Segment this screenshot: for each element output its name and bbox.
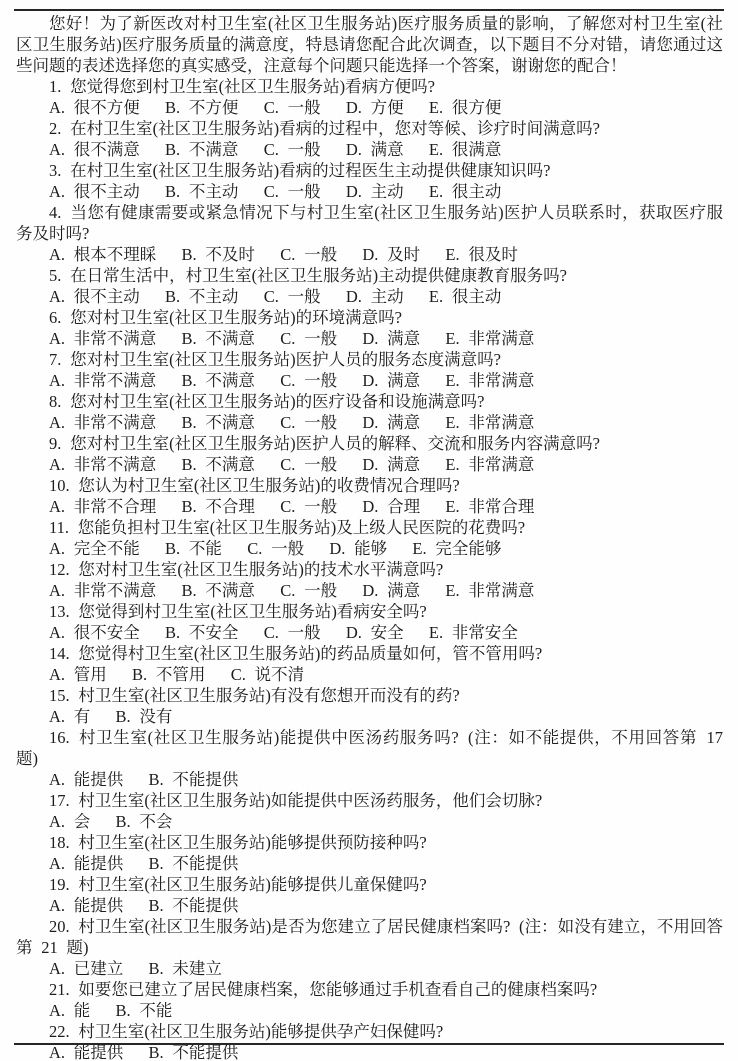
option-item: B. 不合理 — [182, 497, 255, 516]
question-options: A. 管用 B. 不管用 C. 说不清 — [16, 664, 723, 685]
question-number: 8. — [49, 392, 61, 411]
question-number: 22. — [49, 1022, 70, 1041]
option-item: C. 一般 — [280, 581, 337, 600]
question-text: 7. 您对村卫生室(社区卫生服务站)医护人员的服务态度满意吗? — [16, 349, 723, 370]
question-options: A. 非常不满意 B. 不满意 C. 一般 D. 满意 E. 非常满意 — [16, 370, 723, 391]
option-item: D. 及时 — [362, 245, 420, 264]
question-text: 10. 您认为村卫生室(社区卫生服务站)的收费情况合理吗? — [16, 475, 723, 496]
option-item: A. 能提供 — [49, 1043, 123, 1061]
option-item: E. 很方便 — [429, 98, 501, 117]
option-item: B. 不及时 — [182, 245, 255, 264]
question-number: 2. — [49, 119, 61, 138]
option-item: E. 完全能够 — [412, 539, 501, 558]
question-options: A. 很不安全 B. 不安全 C. 一般 D. 安全 E. 非常安全 — [16, 622, 723, 643]
option-item: A. 能提供 — [49, 854, 123, 873]
option-item: B. 不能提供 — [149, 854, 239, 873]
option-item: E. 很及时 — [445, 245, 517, 264]
question-body: 您认为村卫生室(社区卫生服务站)的收费情况合理吗? — [78, 476, 459, 495]
question-number: 18. — [49, 833, 70, 852]
question-number: 9. — [49, 434, 61, 453]
question-options: A. 很不主动 B. 不主动 C. 一般 D. 主动 E. 很主动 — [16, 286, 723, 307]
question-number: 19. — [49, 875, 70, 894]
option-item: B. 不满意 — [182, 455, 255, 474]
option-item: B. 不主动 — [165, 182, 238, 201]
document-content: 您好！为了新医改对村卫生室(社区卫生服务站)医疗服务质量的影响，了解您对村卫生室… — [16, 13, 723, 1061]
option-item: B. 不管用 — [132, 665, 205, 684]
option-item: E. 很满意 — [429, 140, 501, 159]
option-item: E. 非常满意 — [445, 371, 534, 390]
intro-paragraph: 您好！为了新医改对村卫生室(社区卫生服务站)医疗服务质量的影响，了解您对村卫生室… — [16, 13, 723, 76]
option-item: A. 很不主动 — [49, 182, 140, 201]
question-options: A. 非常不满意 B. 不满意 C. 一般 D. 满意 E. 非常满意 — [16, 412, 723, 433]
question-text: 16. 村卫生室(社区卫生服务站)能提供中医汤药服务吗? (注：如不能提供，不用… — [16, 727, 723, 769]
option-item: B. 不满意 — [182, 371, 255, 390]
option-item: D. 主动 — [346, 182, 404, 201]
question-body: 在村卫生室(社区卫生服务站)看病的过程中，您对等候、诊疗时间满意吗? — [70, 119, 600, 138]
question-body: 村卫生室(社区卫生服务站)如能提供中医汤药服务，他们会切脉? — [78, 791, 542, 810]
option-item: B. 不能提供 — [149, 1043, 239, 1061]
question-body: 村卫生室(社区卫生服务站)能提供中医汤药服务吗? (注：如不能提供，不用回答第 … — [16, 728, 723, 768]
question-number: 1. — [49, 77, 61, 96]
question-number: 5. — [49, 266, 61, 285]
option-item: B. 不满意 — [182, 329, 255, 348]
question-text: 11. 您能负担村卫生室(社区卫生服务站)及上级人民医院的花费吗? — [16, 517, 723, 538]
question-text: 18. 村卫生室(社区卫生服务站)能够提供预防接种吗? — [16, 832, 723, 853]
option-item: A. 能 — [49, 1001, 90, 1020]
question-text: 12. 您对村卫生室(社区卫生服务站)的技术水平满意吗? — [16, 559, 723, 580]
option-item: D. 能够 — [329, 539, 387, 558]
question-body: 在日常生活中，村卫生室(社区卫生服务站)主动提供健康教育服务吗? — [70, 266, 567, 285]
option-item: C. 一般 — [280, 413, 337, 432]
question-number: 13. — [49, 602, 70, 621]
question-text: 5. 在日常生活中，村卫生室(社区卫生服务站)主动提供健康教育服务吗? — [16, 265, 723, 286]
question-text: 3. 在村卫生室(社区卫生服务站)看病的过程医生主动提供健康知识吗? — [16, 160, 723, 181]
question-options: A. 非常不满意 B. 不满意 C. 一般 D. 满意 E. 非常满意 — [16, 328, 723, 349]
question-body: 村卫生室(社区卫生服务站)有没有您想开而没有的药? — [78, 686, 459, 705]
option-item: D. 满意 — [362, 455, 420, 474]
option-item: C. 一般 — [280, 455, 337, 474]
option-item: B. 未建立 — [149, 959, 222, 978]
option-item: B. 不能 — [116, 1001, 173, 1020]
option-item: B. 不满意 — [182, 413, 255, 432]
top-border-rule — [14, 9, 724, 11]
option-item: A. 非常不满意 — [49, 455, 156, 474]
option-item: E. 很主动 — [429, 182, 501, 201]
question-body: 您对村卫生室(社区卫生服务站)的环境满意吗? — [70, 308, 402, 327]
question-number: 15. — [49, 686, 70, 705]
option-item: A. 会 — [49, 812, 90, 831]
question-number: 16. — [49, 728, 70, 747]
option-item: C. 一般 — [247, 539, 304, 558]
question-text: 14. 您觉得村卫生室(社区卫生服务站)的药品质量如何，管不管用吗? — [16, 643, 723, 664]
option-item: D. 满意 — [362, 581, 420, 600]
option-item: C. 一般 — [264, 182, 321, 201]
question-body: 您对村卫生室(社区卫生服务站)的医疗设备和设施满意吗? — [70, 392, 484, 411]
bottom-border-rule — [14, 1043, 724, 1045]
question-text: 15. 村卫生室(社区卫生服务站)有没有您想开而没有的药? — [16, 685, 723, 706]
question-body: 在村卫生室(社区卫生服务站)看病的过程医生主动提供健康知识吗? — [70, 161, 550, 180]
option-item: A. 很不满意 — [49, 140, 140, 159]
question-body: 您觉得到村卫生室(社区卫生服务站)看病安全吗? — [78, 602, 426, 621]
option-item: D. 方便 — [346, 98, 404, 117]
option-item: C. 一般 — [264, 287, 321, 306]
option-item: A. 很不主动 — [49, 287, 140, 306]
option-item: E. 非常满意 — [445, 413, 534, 432]
question-options: A. 能提供 B. 不能提供 — [16, 895, 723, 916]
question-number: 7. — [49, 350, 61, 369]
option-item: C. 一般 — [264, 98, 321, 117]
option-item: C. 一般 — [280, 245, 337, 264]
question-body: 您对村卫生室(社区卫生服务站)医护人员的解释、交流和服务内容满意吗? — [70, 434, 600, 453]
question-text: 20. 村卫生室(社区卫生服务站)是否为您建立了居民健康档案吗? (注：如没有建… — [16, 916, 723, 958]
question-number: 3. — [49, 161, 61, 180]
question-body: 您觉得您到村卫生室(社区卫生服务站)看病方便吗? — [70, 77, 435, 96]
option-item: C. 一般 — [280, 497, 337, 516]
option-item: D. 满意 — [346, 140, 404, 159]
question-number: 12. — [49, 560, 70, 579]
option-item: A. 非常不满意 — [49, 413, 156, 432]
option-item: B. 不会 — [116, 812, 173, 831]
question-options: A. 非常不合理 B. 不合理 C. 一般 D. 合理 E. 非常合理 — [16, 496, 723, 517]
option-item: B. 不满意 — [182, 581, 255, 600]
option-item: E. 非常满意 — [445, 455, 534, 474]
question-list: 1. 您觉得您到村卫生室(社区卫生服务站)看病方便吗?A. 很不方便 B. 不方… — [16, 76, 723, 1061]
option-item: B. 不能提供 — [149, 896, 239, 915]
option-item: A. 有 — [49, 707, 90, 726]
question-text: 21. 如要您已建立了居民健康档案，您能够通过手机查看自己的健康档案吗? — [16, 979, 723, 1000]
question-text: 13. 您觉得到村卫生室(社区卫生服务站)看病安全吗? — [16, 601, 723, 622]
question-text: 2. 在村卫生室(社区卫生服务站)看病的过程中，您对等候、诊疗时间满意吗? — [16, 118, 723, 139]
option-item: C. 说不清 — [231, 665, 304, 684]
option-item: D. 合理 — [362, 497, 420, 516]
option-item: D. 满意 — [362, 371, 420, 390]
option-item: A. 已建立 — [49, 959, 123, 978]
option-item: A. 非常不合理 — [49, 497, 156, 516]
question-text: 19. 村卫生室(社区卫生服务站)能够提供儿童保健吗? — [16, 874, 723, 895]
option-item: C. 一般 — [280, 371, 337, 390]
question-options: A. 能提供 B. 不能提供 — [16, 853, 723, 874]
question-text: 22. 村卫生室(社区卫生服务站)能够提供孕产妇保健吗? — [16, 1021, 723, 1042]
option-item: D. 安全 — [346, 623, 404, 642]
question-body: 您觉得村卫生室(社区卫生服务站)的药品质量如何，管不管用吗? — [78, 644, 542, 663]
question-options: A. 很不方便 B. 不方便 C. 一般 D. 方便 E. 很方便 — [16, 97, 723, 118]
question-number: 4. — [49, 203, 61, 222]
question-body: 您对村卫生室(社区卫生服务站)医护人员的服务态度满意吗? — [70, 350, 501, 369]
questionnaire-page: 您好！为了新医改对村卫生室(社区卫生服务站)医疗服务质量的影响，了解您对村卫生室… — [0, 0, 738, 1061]
option-item: B. 不能 — [165, 539, 222, 558]
option-item: B. 不方便 — [165, 98, 238, 117]
question-options: A. 能 B. 不能 — [16, 1000, 723, 1021]
option-item: B. 不主动 — [165, 287, 238, 306]
question-options: A. 非常不满意 B. 不满意 C. 一般 D. 满意 E. 非常满意 — [16, 454, 723, 475]
option-item: A. 很不方便 — [49, 98, 140, 117]
option-item: B. 不能提供 — [149, 770, 239, 789]
option-item: A. 非常不满意 — [49, 329, 156, 348]
option-item: B. 没有 — [116, 707, 173, 726]
option-item: A. 根本不理睬 — [49, 245, 156, 264]
question-text: 8. 您对村卫生室(社区卫生服务站)的医疗设备和设施满意吗? — [16, 391, 723, 412]
option-item: A. 很不安全 — [49, 623, 140, 642]
question-options: A. 已建立 B. 未建立 — [16, 958, 723, 979]
question-options: A. 非常不满意 B. 不满意 C. 一般 D. 满意 E. 非常满意 — [16, 580, 723, 601]
option-item: D. 主动 — [346, 287, 404, 306]
question-options: A. 会 B. 不会 — [16, 811, 723, 832]
question-options: A. 很不满意 B. 不满意 C. 一般 D. 满意 E. 很满意 — [16, 139, 723, 160]
option-item: E. 非常合理 — [445, 497, 534, 516]
option-item: E. 非常满意 — [445, 329, 534, 348]
question-number: 20. — [49, 917, 70, 936]
question-number: 10. — [49, 476, 70, 495]
question-body: 村卫生室(社区卫生服务站)能够提供儿童保健吗? — [78, 875, 426, 894]
question-body: 当您有健康需要或紧急情况下与村卫生室(社区卫生服务站)医护人员联系时，获取医疗服… — [16, 203, 723, 243]
option-item: D. 满意 — [362, 329, 420, 348]
question-number: 11. — [49, 518, 69, 537]
option-item: E. 非常满意 — [445, 581, 534, 600]
question-body: 村卫生室(社区卫生服务站)是否为您建立了居民健康档案吗? (注：如没有建立，不用… — [16, 917, 723, 957]
question-options: A. 能提供 B. 不能提供 — [16, 769, 723, 790]
option-item: A. 非常不满意 — [49, 581, 156, 600]
question-body: 您能负担村卫生室(社区卫生服务站)及上级人民医院的花费吗? — [78, 518, 525, 537]
question-text: 6. 您对村卫生室(社区卫生服务站)的环境满意吗? — [16, 307, 723, 328]
question-text: 17. 村卫生室(社区卫生服务站)如能提供中医汤药服务，他们会切脉? — [16, 790, 723, 811]
question-text: 1. 您觉得您到村卫生室(社区卫生服务站)看病方便吗? — [16, 76, 723, 97]
option-item: B. 不安全 — [165, 623, 238, 642]
question-number: 6. — [49, 308, 61, 327]
option-item: A. 完全不能 — [49, 539, 140, 558]
option-item: D. 满意 — [362, 413, 420, 432]
question-number: 17. — [49, 791, 70, 810]
question-options: A. 很不主动 B. 不主动 C. 一般 D. 主动 E. 很主动 — [16, 181, 723, 202]
option-item: B. 不满意 — [165, 140, 238, 159]
question-body: 如要您已建立了居民健康档案，您能够通过手机查看自己的健康档案吗? — [78, 980, 597, 999]
option-item: A. 非常不满意 — [49, 371, 156, 390]
option-item: A. 管用 — [49, 665, 107, 684]
question-options: A. 有 B. 没有 — [16, 706, 723, 727]
question-number: 21. — [49, 980, 70, 999]
question-number: 14. — [49, 644, 70, 663]
option-item: E. 非常安全 — [429, 623, 518, 642]
question-body: 您对村卫生室(社区卫生服务站)的技术水平满意吗? — [78, 560, 443, 579]
question-body: 村卫生室(社区卫生服务站)能够提供孕产妇保健吗? — [78, 1022, 443, 1041]
option-item: A. 能提供 — [49, 896, 123, 915]
question-options: A. 根本不理睬 B. 不及时 C. 一般 D. 及时 E. 很及时 — [16, 244, 723, 265]
option-item: C. 一般 — [264, 140, 321, 159]
option-item: C. 一般 — [264, 623, 321, 642]
question-text: 9. 您对村卫生室(社区卫生服务站)医护人员的解释、交流和服务内容满意吗? — [16, 433, 723, 454]
option-item: A. 能提供 — [49, 770, 123, 789]
question-text: 4. 当您有健康需要或紧急情况下与村卫生室(社区卫生服务站)医护人员联系时，获取… — [16, 202, 723, 244]
option-item: E. 很主动 — [429, 287, 501, 306]
option-item: C. 一般 — [280, 329, 337, 348]
question-body: 村卫生室(社区卫生服务站)能够提供预防接种吗? — [78, 833, 426, 852]
question-options: A. 完全不能 B. 不能 C. 一般 D. 能够 E. 完全能够 — [16, 538, 723, 559]
